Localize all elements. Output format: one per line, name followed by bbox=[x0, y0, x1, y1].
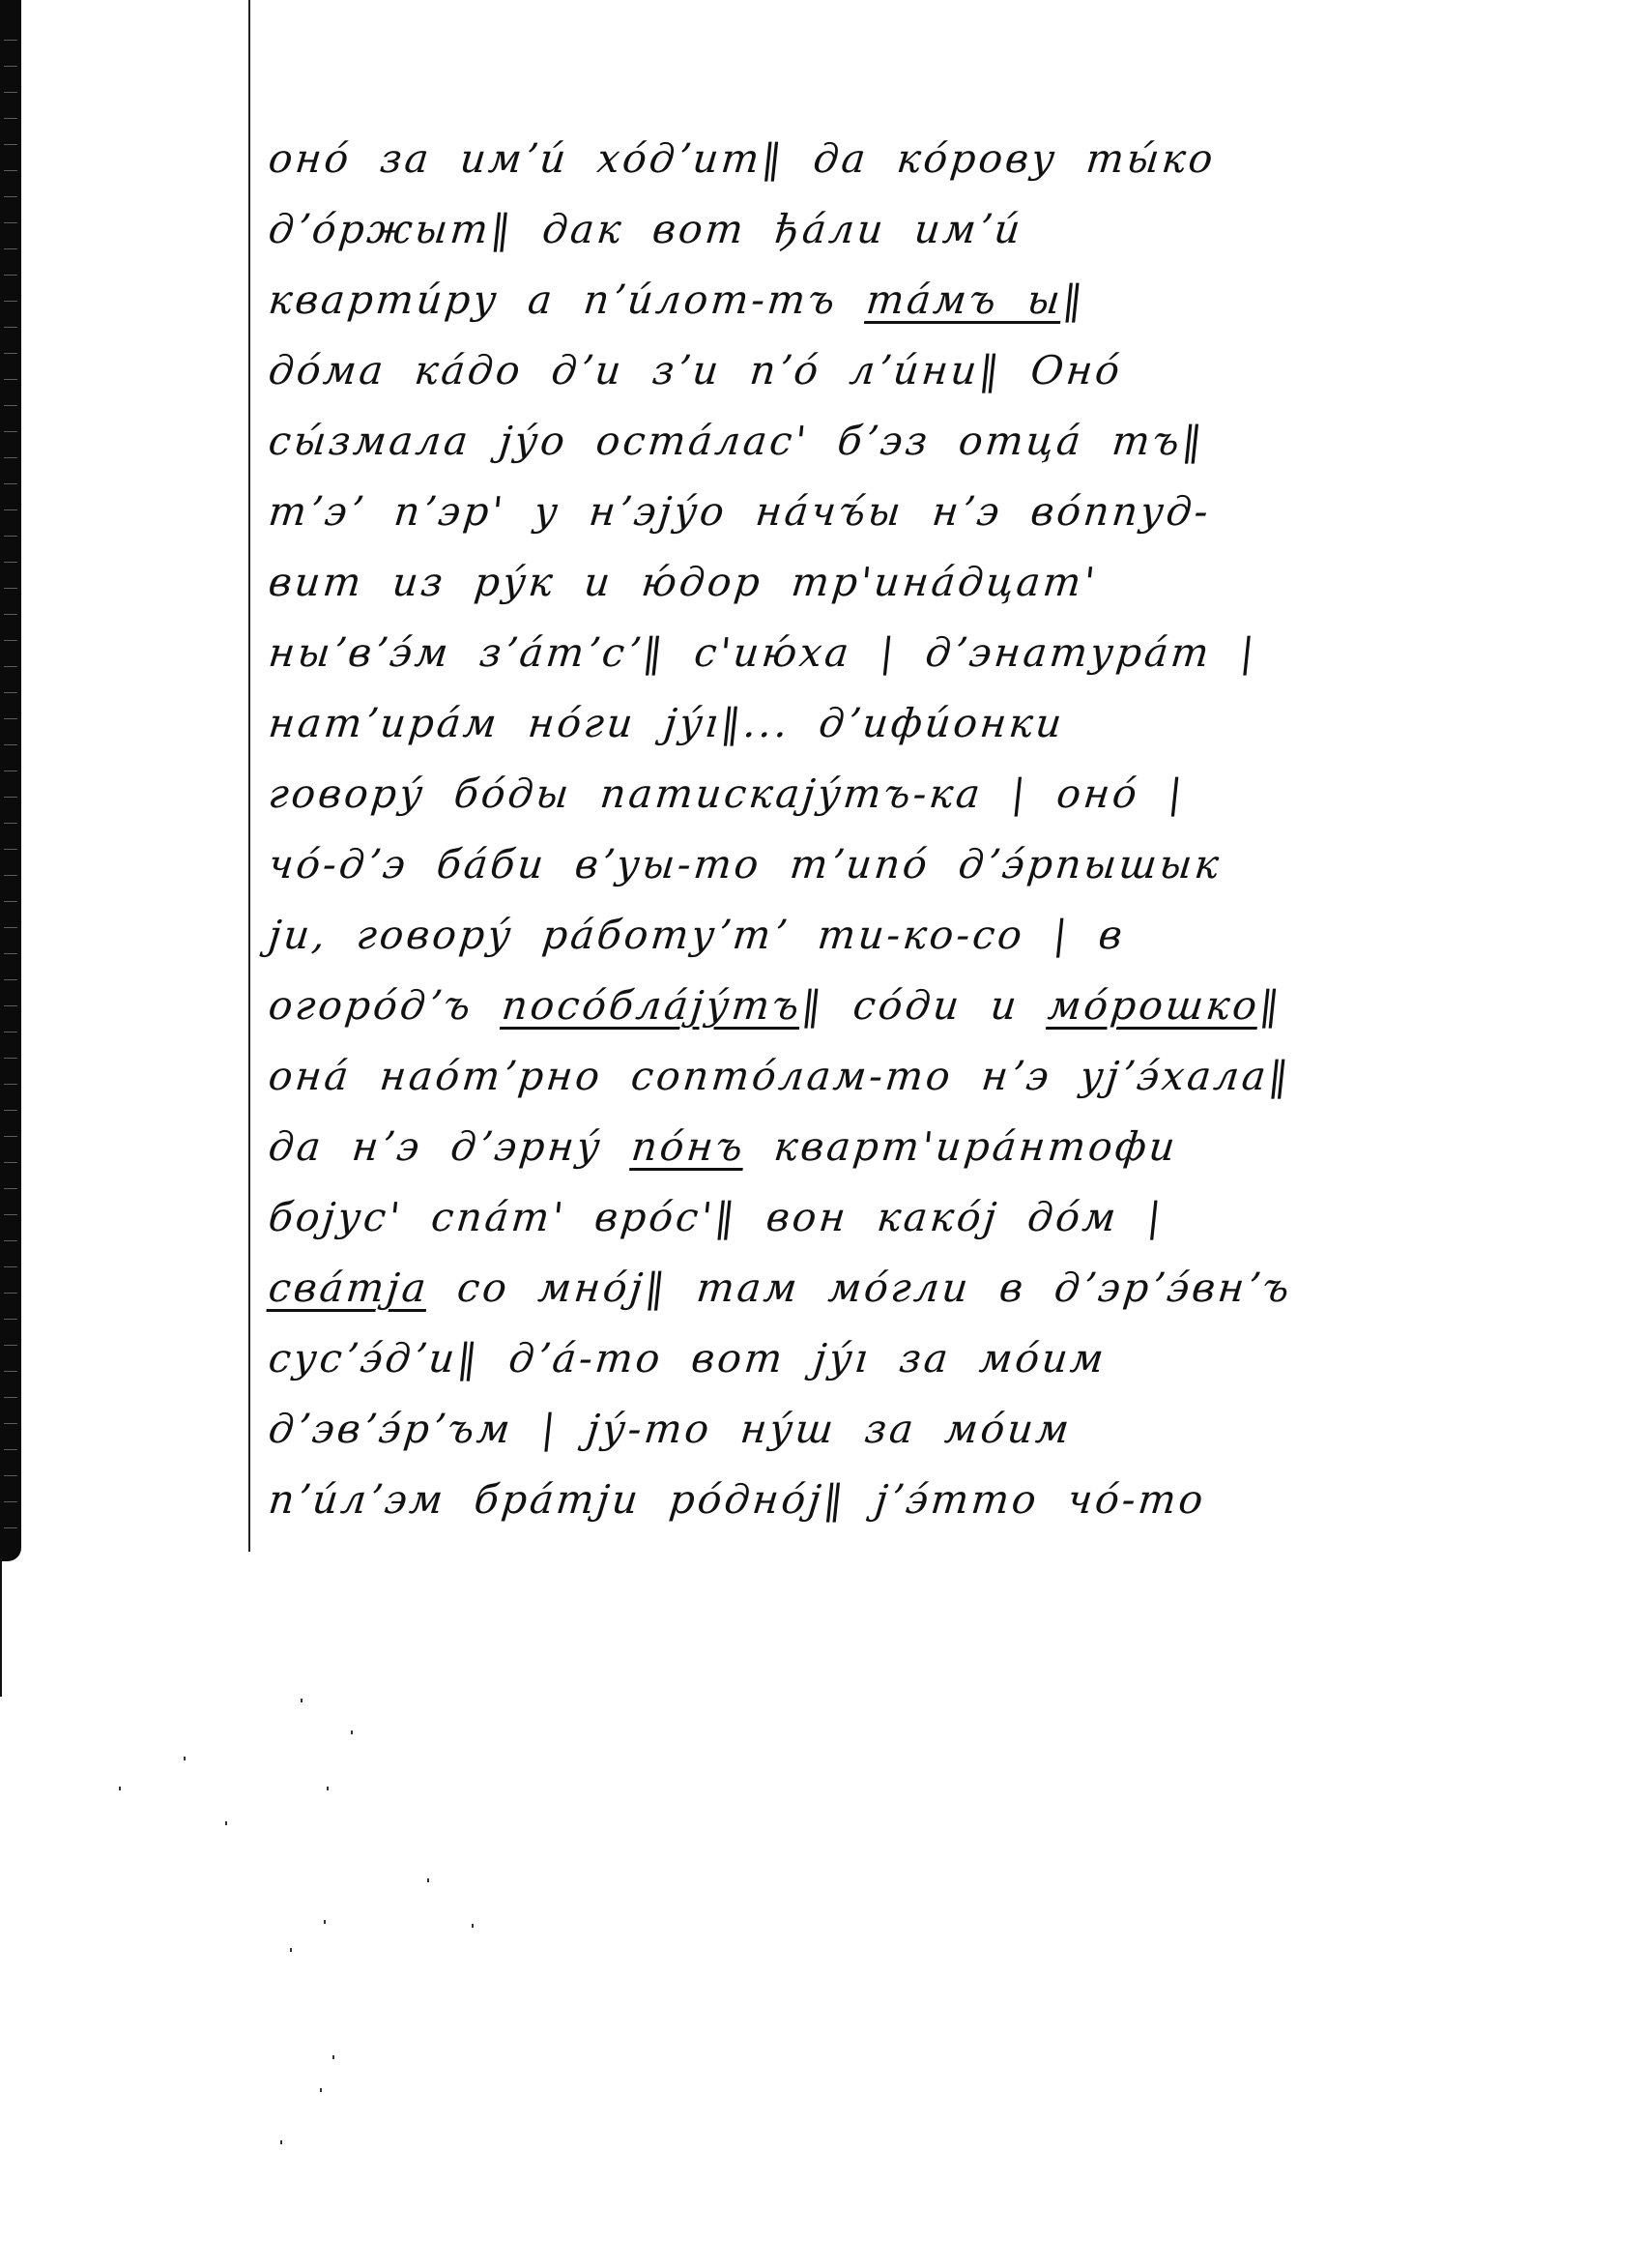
text-line-7: вит из ру́к и ю́дор тр'ина́дцат' bbox=[265, 547, 1258, 618]
text-line-16: бојус' спа́т' вро́с'‖ вон како́ј до́м | bbox=[265, 1182, 1258, 1253]
scan-speck bbox=[225, 1821, 227, 1825]
scan-speck bbox=[472, 1924, 474, 1928]
text-line-4: до́ма ка́до дʼи зʼи пʼо́ лʼи́ни‖ Оно́ bbox=[265, 335, 1258, 406]
text-line-5: сы́змала ју́о оста́лас' бʼэз отца́ тъ‖ bbox=[265, 406, 1258, 477]
underlined-word: посо́бла́ју́тъ bbox=[500, 982, 804, 1029]
line-text-tail: со мно́ј‖ там мо́гли в дʼэрʼэ́внʼъ bbox=[426, 1265, 1294, 1311]
line-text: говору́ бо́ды патискају́тъ-ка | оно́ | bbox=[267, 771, 1188, 817]
line-text: ји, говору́ ра́ботуʼтʼ ти-ко-со | в bbox=[267, 912, 1128, 958]
line-text-tail: ‖ bbox=[1060, 276, 1088, 323]
text-line-11: чо́-дʼэ ба́би вʼуы-то тʼипо́ дʼэ́рпышык bbox=[265, 829, 1258, 900]
scan-speck bbox=[119, 1787, 121, 1790]
scan-edge-strip bbox=[0, 0, 21, 1561]
handwritten-text-block: оно́ за имʼи́ хо́дʼит‖ да ко́рову ты́ко … bbox=[269, 124, 1254, 1535]
line-text: да нʼэ дʼэрну́ bbox=[267, 1123, 606, 1170]
text-line-10: говору́ бо́ды патискају́тъ-ка | оно́ | bbox=[265, 759, 1258, 829]
text-line-20: пʼи́лʼэм бра́тји ро́дно́ј‖ јʼэ́тто чо́-т… bbox=[265, 1465, 1258, 1535]
line-text: ныʼвʼэ́м зʼа́тʼсʼ‖ с'ию́ха | дʼэнатура́т… bbox=[267, 629, 1259, 676]
text-line-15: да нʼэ дʼэрну́ по́нъ кварт'ира́нтофи bbox=[265, 1112, 1258, 1182]
line-text-mid: ‖ со́ди и bbox=[799, 982, 1022, 1029]
line-text: натʼира́м но́ги ју́ı‖... дʼифи́онки bbox=[267, 700, 1067, 746]
text-line-8: ныʼвʼэ́м зʼа́тʼсʼ‖ с'ию́ха | дʼэнатура́т… bbox=[265, 618, 1258, 688]
line-text: сусʼэ́дʼи‖ дʼа́-то вот ју́ı за мо́им bbox=[267, 1335, 1110, 1381]
text-line-3: кварти́ру а пʼи́лот-тъ та́мъ ы‖ bbox=[265, 265, 1258, 335]
underlined-word: мо́рошко bbox=[1046, 982, 1262, 1029]
line-text: сы́змала ју́о оста́лас' бʼэз отца́ тъ bbox=[267, 418, 1185, 464]
text-line-9: натʼира́м но́ги ју́ı‖... дʼифи́онки bbox=[265, 688, 1258, 759]
scan-speck bbox=[301, 1699, 303, 1702]
text-line-19: дʼэвʼэ́рʼъм | ју́-то ну́ш за мо́им bbox=[265, 1394, 1258, 1465]
scan-edge-speckle bbox=[4, 29, 17, 1537]
underlined-word: та́мъ ы bbox=[864, 276, 1065, 323]
scan-speck bbox=[324, 1920, 326, 1924]
line-text: вит из ру́к и ю́дор тр'ина́дцат' bbox=[267, 559, 1100, 605]
scan-speck bbox=[280, 2140, 282, 2144]
scan-speck bbox=[351, 1730, 353, 1734]
text-line-18: сусʼэ́дʼи‖ дʼа́-то вот ју́ı за мо́им bbox=[265, 1323, 1258, 1394]
underlined-word: по́нъ bbox=[629, 1123, 747, 1170]
line-text: до́ма ка́до дʼи зʼи пʼо́ лʼи́ни‖ Оно́ bbox=[267, 347, 1125, 393]
scan-speck bbox=[427, 1878, 429, 1882]
scan-speck bbox=[327, 1787, 329, 1790]
text-line-1: оно́ за имʼи́ хо́дʼит‖ да ко́рову ты́ко bbox=[265, 124, 1258, 194]
text-line-13: огоро́дʼъ посо́бла́ју́тъ‖ со́ди и мо́рош… bbox=[265, 971, 1258, 1041]
line-text-tail: ‖ bbox=[1180, 418, 1208, 464]
scan-speck bbox=[184, 1757, 186, 1760]
line-text: огоро́дʼъ bbox=[267, 982, 476, 1029]
underlined-word: сва́тја bbox=[267, 1265, 431, 1311]
line-text: чо́-дʼэ ба́би вʼуы-то тʼипо́ дʼэ́рпышык bbox=[267, 841, 1225, 887]
line-text: пʼи́лʼэм бра́тји ро́дно́ј‖ јʼэ́тто чо́-т… bbox=[267, 1476, 1208, 1523]
text-line-2: дʼо́ржыт‖ дак вот ђа́ли имʼи́ bbox=[265, 194, 1258, 265]
line-text: она́ нао́тʼрно сопто́лам-то нʼэ уjʼэ́хал… bbox=[267, 1053, 1294, 1099]
text-line-17: сва́тја со мно́ј‖ там мо́гли в дʼэрʼэ́вн… bbox=[265, 1253, 1258, 1323]
line-text-tail: кварт'ира́нтофи bbox=[743, 1123, 1180, 1170]
text-line-12: ји, говору́ ра́ботуʼтʼ ти-ко-со | в bbox=[265, 900, 1258, 971]
line-text: оно́ за имʼи́ хо́дʼит‖ да ко́рову ты́ко bbox=[267, 135, 1218, 182]
line-text: дʼэвʼэ́рʼъм | ју́-то ну́ш за мо́им bbox=[267, 1406, 1075, 1452]
line-text: бојус' спа́т' вро́с'‖ вон како́ј до́м | bbox=[267, 1194, 1167, 1240]
scan-speck bbox=[332, 2055, 334, 2059]
line-text: дʼо́ржыт‖ дак вот ђа́ли имʼи́ bbox=[267, 206, 1025, 252]
line-text: тʼэʼ пʼэр' у нʼэју́о на́чъ́ы нʼэ во́ппуд… bbox=[267, 488, 1214, 535]
text-line-6: тʼэʼ пʼэр' у нʼэју́о на́чъ́ы нʼэ во́ппуд… bbox=[265, 477, 1258, 547]
text-line-14: она́ нао́тʼрно сопто́лам-то нʼэ уjʼэ́хал… bbox=[265, 1041, 1258, 1112]
line-text-tail: ‖ bbox=[1257, 982, 1285, 1029]
scan-speck bbox=[320, 2088, 322, 2092]
scan-speck bbox=[290, 1948, 292, 1952]
line-text: кварти́ру а пʼи́лот-тъ bbox=[267, 276, 840, 323]
scan-edge-thin-line bbox=[0, 1561, 2, 1697]
margin-rule bbox=[248, 0, 250, 1552]
